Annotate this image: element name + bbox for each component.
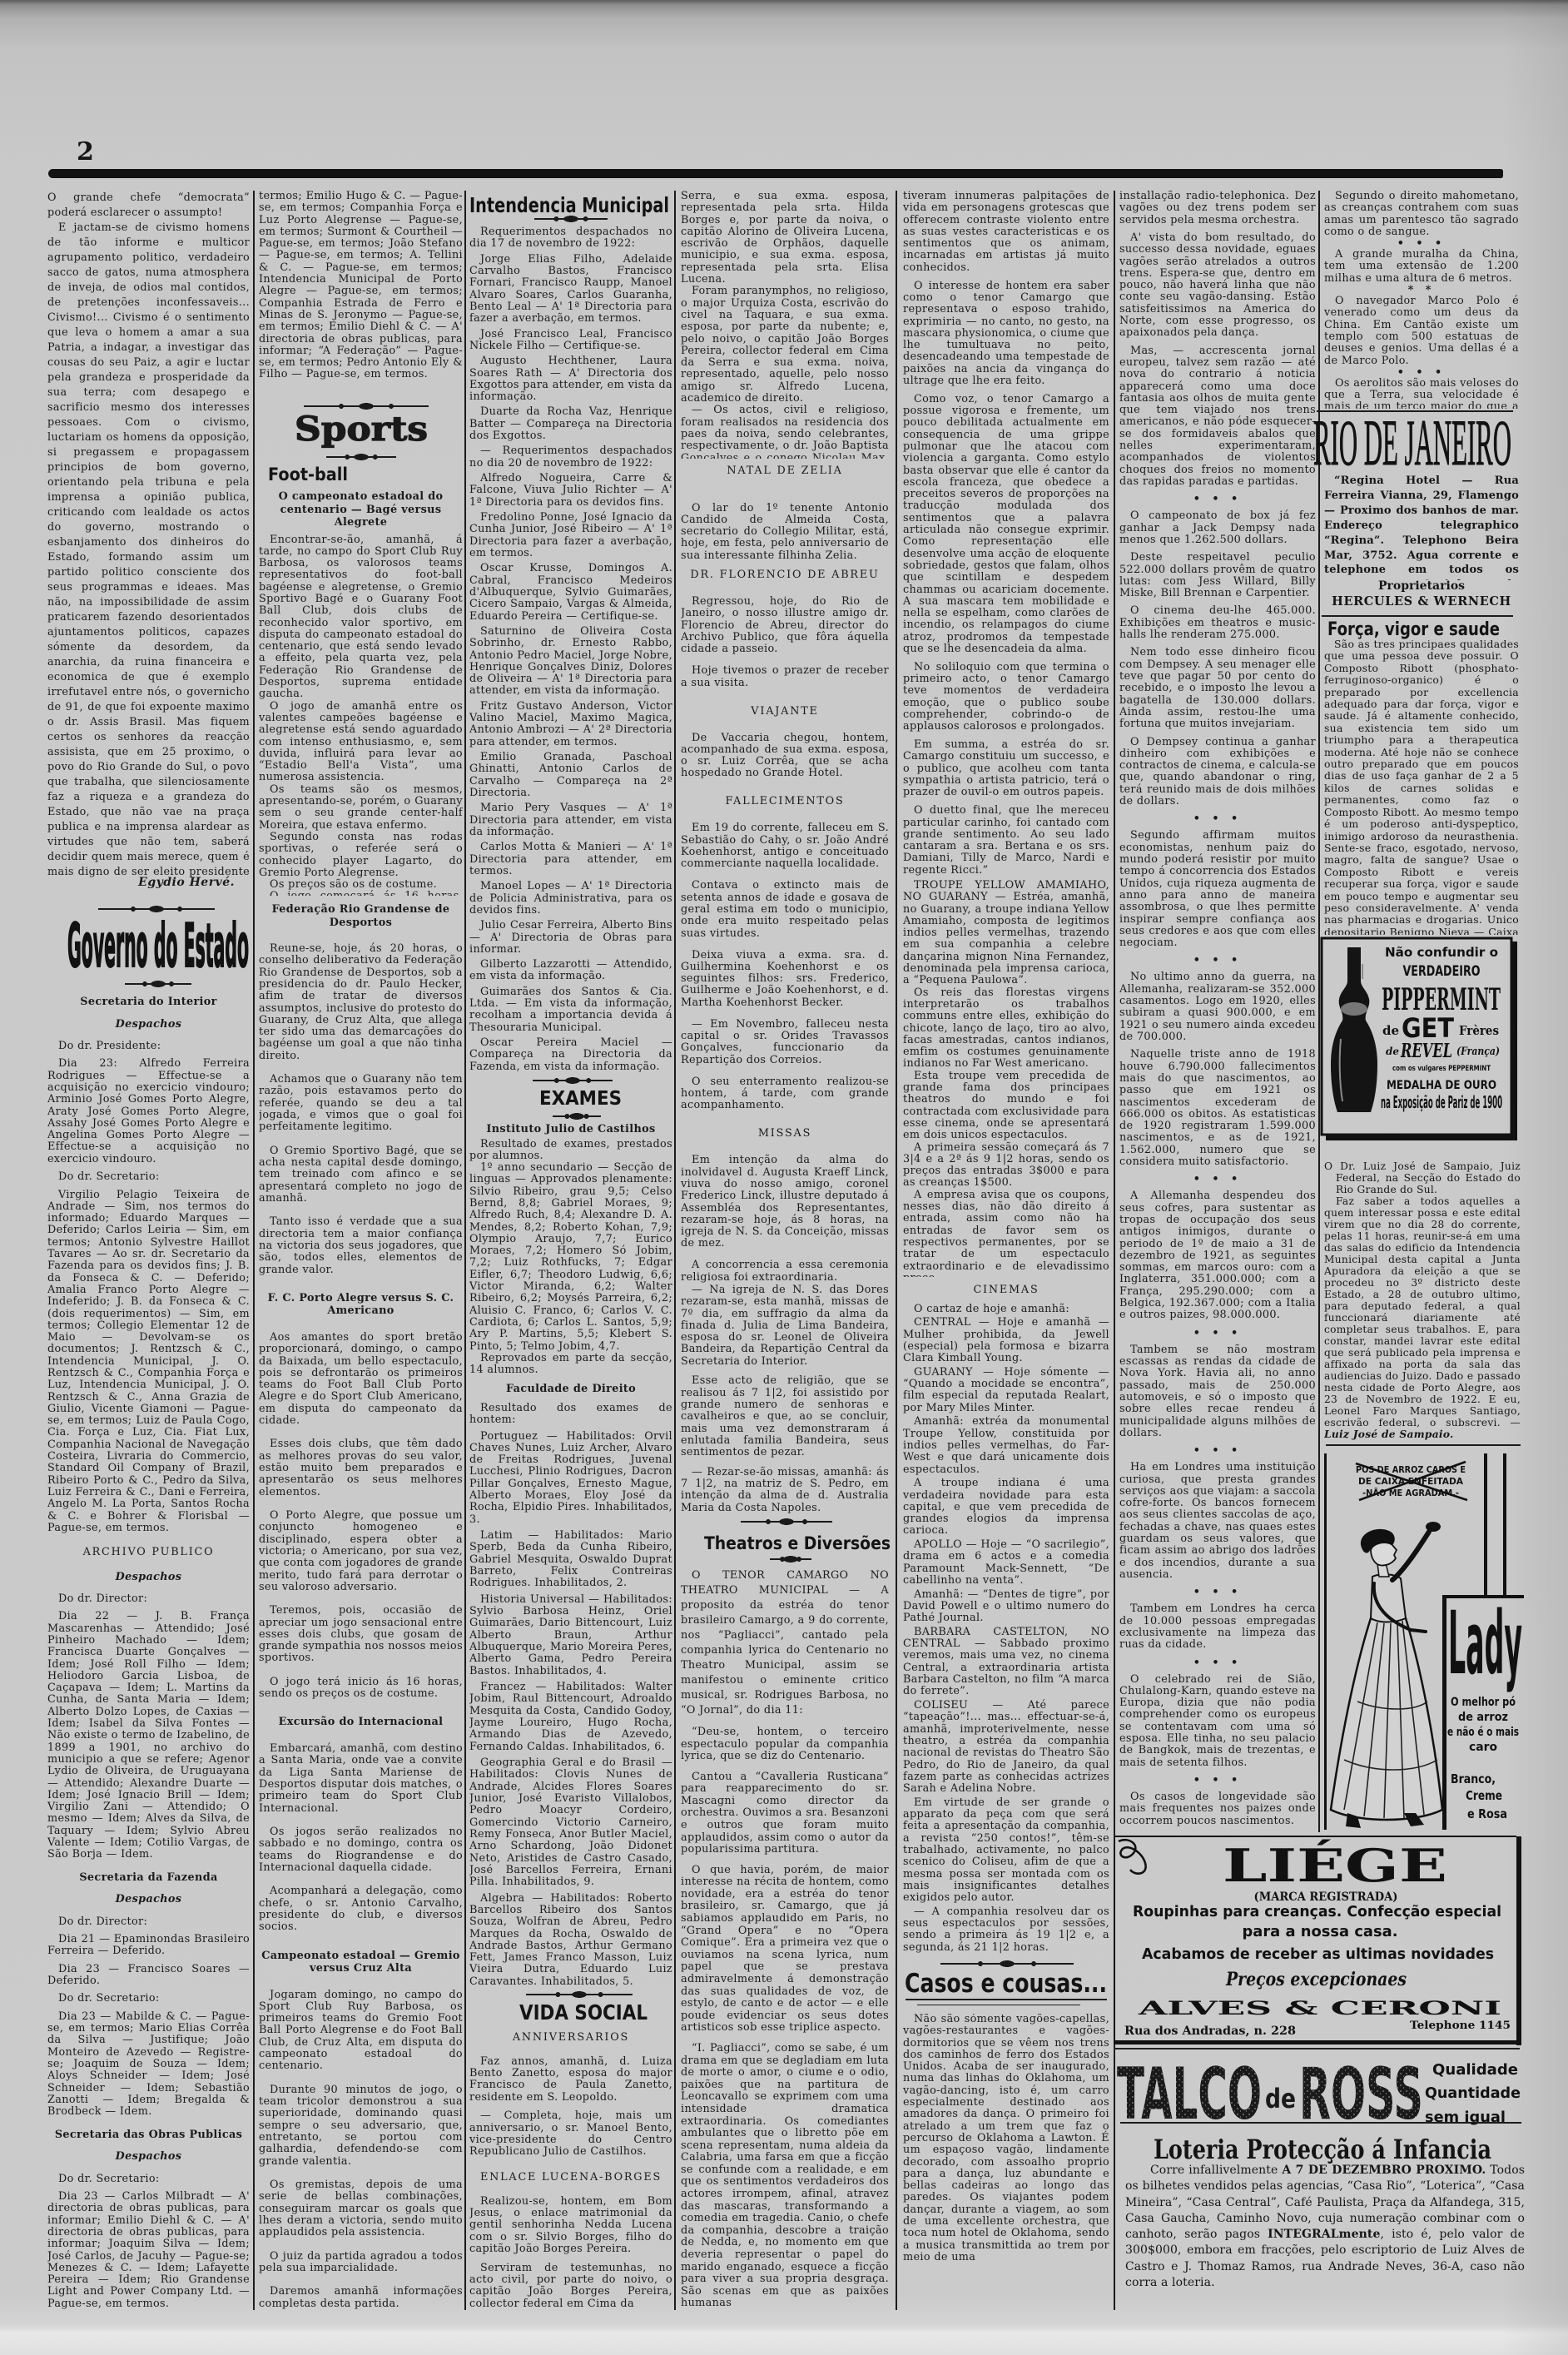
intendencia-municipal-heading: Intendencia Municipal [469, 194, 672, 216]
bottle-label [1341, 1002, 1367, 1016]
paragraph: Tambem se não mostram escassas as rendas… [1119, 1344, 1316, 1439]
paragraph: CENTRAL — Hoje e amanhã — Mulher prohibi… [903, 1317, 1109, 1364]
section-heading: Faculdade de Direito [469, 1383, 672, 1396]
ad-title: Força, vigor e saude [1327, 619, 1500, 640]
section-heading: ARCHIVO PUBLICO [47, 1547, 250, 1558]
paragraph: O grande chefe “democrata” poderá esclar… [47, 191, 250, 221]
paragraph: Regressou, hoje, do Rio de Janeiro, o no… [681, 596, 889, 655]
paragraph: Fredolino Ponne, José Ignacio da Cunha J… [469, 512, 672, 559]
column-rule [896, 191, 897, 2310]
article-headline: O campeonato estadoal do centenario — Ba… [259, 490, 463, 529]
ad-expo: na Exposição de Pariz de 1900 [1381, 1092, 1502, 1112]
bottle-icon [1331, 947, 1377, 1112]
paragraph: Do dr. Presidente: [47, 1041, 250, 1052]
curiosities-notes: Segundo o direito mahometano, as creança… [1324, 191, 1519, 409]
pippermint-ad: Não confundir o VERDADEIRO PIPPERMINT de… [1319, 937, 1521, 1145]
paragraph: O Dempsey continua a ganhar dinheiro com… [1119, 737, 1316, 808]
paragraph: Aos amantes do sport bretão proporcionar… [259, 1332, 463, 1427]
section-heading: Instituto Julio de Castilhos [469, 1123, 672, 1136]
talco-de-ross-ad: TALCO de ROSS Qualidade Quantidade sem i… [1114, 2054, 1523, 2124]
despachos-continuation: termos; Emilio Hugo & C. — Pague-se, em … [259, 191, 463, 391]
paragraph: No ultimo anno da guerra, na Allemanha, … [1119, 971, 1316, 1043]
paragraph: Julio Cesar Ferreira, Alberto Bins — A' … [469, 920, 672, 956]
paragraph: A primeira sessão começará ás 7 3|4 e a … [903, 1142, 1109, 1190]
governo-do-estado-heading: Governo do Estado [67, 918, 251, 971]
section-title: EXAMES [539, 1088, 622, 1110]
separator: • • • [1119, 814, 1316, 823]
paragraph: Manoel Lopes — A' 1ª Directoria de Polic… [469, 881, 672, 917]
section-heading: Federação Rio Grandense de Desportos [259, 903, 463, 929]
section-subheading: Despachos [47, 1894, 250, 1905]
paragraph: Dia 23 — Carlos Milbradt — A' directoria… [47, 2191, 250, 2310]
enlace-continuation: Serra, e sua exma. esposa, representada … [681, 191, 889, 459]
paragraph: A' vista do bom resultado, do successo d… [1119, 232, 1316, 340]
section-heading: MISSAS [681, 1128, 889, 1140]
section-title: VIDA SOCIAL [519, 2000, 648, 2025]
ad-left-rule [1324, 1453, 1327, 1830]
paragraph: Em 19 do corrente, falleceu em S. Sebast… [681, 822, 889, 870]
brand-word: de [1265, 2083, 1296, 2114]
paragraph: Faz annos, amanhã, d. Luiza Bento Zanett… [469, 2056, 672, 2104]
swirl-ornament-icon [1119, 1840, 1146, 1873]
exames-instituto: Instituto Julio de CastilhosResultado de… [469, 1119, 672, 1374]
town-name: REVEL [1400, 1040, 1452, 1062]
section-heading: ENLACE LUCENA-BORGES [469, 2172, 672, 2184]
separator: • • • [1119, 1658, 1316, 1667]
ad-word: Frères [1459, 1023, 1499, 1038]
vida-social-article: ANNIVERSARIOSFaz annos, amanhã, d. Luiza… [469, 2025, 672, 2310]
paragraph: Duarte da Rocha Vaz, Henrique Batter — C… [469, 406, 672, 442]
paragraph: Dia 23: Alfredo Ferreira Rodrigues — Eff… [47, 1058, 250, 1165]
theatros-article: O TENOR CAMARGO NO THEATRO MUNICIPAL — A… [681, 1568, 889, 2310]
trademark-note: (MARCA REGISTRADA) [1254, 1890, 1398, 1904]
paragraph: Do dr. Director: [47, 1916, 250, 1928]
troupe-yellow-article: TROUPE YELLOW AMAMIAHO, NO GUARANY — Est… [903, 880, 1109, 1277]
paragraph: Realizou-se, hontem, em Bom Jesus, o enl… [469, 2196, 672, 2255]
ad-title: Loteria Protecção á Infancia [1154, 2134, 1491, 2165]
heading-underline [917, 2005, 1080, 2005]
casos-e-cousas-heading: Casos e cousas... [904, 1968, 1110, 1998]
paragraph: — Os actos, civil e religioso, foram rea… [681, 405, 889, 459]
face [1371, 1543, 1397, 1565]
paragraph: Naquelle triste anno de 1918 houve 6.790… [1119, 1049, 1316, 1168]
loteria-heading: Loteria Protecção á Infancia [1152, 2132, 1495, 2164]
separator: • • • [1119, 956, 1316, 965]
ad-medal: MEDALHA DE OURO [1387, 1079, 1496, 1092]
ad-rule [1114, 2048, 1520, 2049]
ornament-divider [526, 1991, 633, 1998]
separator: • • • [1324, 239, 1519, 248]
ornament-divider [534, 216, 608, 222]
subsection-title: Foot-ball [268, 465, 348, 484]
section-subheading: Despachos [47, 1019, 250, 1031]
ornament-divider [770, 1556, 811, 1563]
paragraph: Ha em Londres uma instituição curiosa, q… [1119, 1462, 1316, 1581]
paragraph: Do dr. Secretario: [47, 1171, 250, 1183]
paragraph: Alfredo Nogueira, Carre & Falcone, Viuva… [469, 473, 672, 509]
section-heading: CINEMAS [903, 1284, 1109, 1296]
paragraph: Esses dois clubs, que têm dado as melhor… [259, 1438, 463, 1498]
vida-social-heading: VIDA SOCIAL [519, 2000, 650, 2023]
paragraph: Reune-se, hoje, ás 20 horas, o conselho … [259, 943, 463, 1062]
paragraph: E jactam-se de civismo homens de tão inf… [47, 221, 250, 880]
paragraph: COLISEU — Até parece “tapeação”!... mas.… [903, 1700, 1109, 1795]
decorative-bar [1503, 1453, 1506, 1597]
tagline-line: caro [1469, 1741, 1497, 1754]
hotel-ad-city-heading: RIO DE JANEIRO [1312, 418, 1514, 468]
paragraph: O Gremio Sportivo Bagé, que se acha nest… [259, 1145, 463, 1205]
ad-rule [1326, 1444, 1521, 1446]
paragraph: Os casos de longevidade são mais frequen… [1119, 1791, 1316, 1827]
paragraph: De Vaccaria chegou, hontem, acompanhado … [681, 733, 889, 780]
ad-border [1114, 1836, 1115, 2044]
paragraph: Mario Pery Vasques — A' 1ª Directoria pa… [469, 802, 672, 838]
paragraph: Geographia Geral e do Brasil — Habilitad… [469, 1757, 672, 1888]
ornament-divider [741, 1518, 832, 1525]
paragraph: — Completa, hoje, mais um anniversario, … [469, 2110, 672, 2158]
paragraph: Durante 90 minutos de jogo, o team trico… [259, 2084, 463, 2168]
paragraph: TROUPE YELLOW AMAMIAHO, NO GUARANY — Est… [903, 880, 1109, 987]
paragraph: O duetto final, que lhe mereceu particul… [903, 805, 1109, 877]
paragraph: O jogo de amanhã entre os valentes campe… [259, 701, 463, 784]
paragraph: “Deu-se, hontem, o terceiro espectaculo … [681, 1727, 889, 1763]
raised-arm [1392, 1532, 1429, 1580]
separator: • • • [1119, 1587, 1316, 1597]
hotel-ad-owners: HERCULES & WERNECH [1324, 594, 1519, 609]
ad-line: VERDADEIRO [1403, 963, 1481, 980]
ad-note: com os vulgares PEPPERMINT [1392, 1065, 1491, 1073]
paragraph: A grande muralha da China, tem uma exten… [1324, 249, 1519, 285]
paragraph: A Allemanha despendeu dos seus cofres, p… [1119, 1190, 1316, 1321]
paragraph: Cantou a “Cavalleria Rusticana” para rea… [681, 1771, 889, 1856]
paragraph: Tanto isso é verdade que a sua directori… [259, 1216, 463, 1275]
paragraph: Mas, — accrescenta jornal europeu, talve… [1119, 345, 1316, 489]
paragraph: installação radio-telephonica. Dez vagõe… [1119, 191, 1316, 226]
paragraph: Dia 23 — Mabilde & C. — Pague-se, em ter… [47, 2011, 250, 2119]
separator: • • • [1324, 368, 1519, 377]
page-number: 2 [77, 138, 94, 166]
ad-phone: Telephone 1145 [1410, 2020, 1511, 2032]
section-title: Sports [295, 410, 428, 449]
section-heading: Secretaria do Interior [47, 996, 250, 1009]
paragraph: — Requerimentos despachados no dia 20 de… [469, 445, 672, 470]
paragraph: No soliloquio com que termina o primeiro… [903, 662, 1109, 733]
paragraph: Resultado de exames, prestados por alumn… [469, 1139, 672, 1163]
ad-address: Rua dos Andradas, n. 228 [1124, 2025, 1296, 2038]
editorial-signature: Egydio Hervé. [47, 876, 250, 889]
separator: • • • [1119, 1776, 1316, 1785]
paragraph: Achamos que o Guarany não tem razão, poi… [259, 1074, 463, 1133]
social-notes: DR. FLORENCIO DE ABREURegressou, hoje, d… [681, 563, 889, 1284]
paragraph: Latim — Habilitados: Mario Sperb, Beda d… [469, 1530, 672, 1589]
ad-rule [1120, 2122, 1521, 2124]
paragraph: Augusto Hechthener, Laura Soares Rath — … [469, 355, 672, 403]
paragraph: Francez — Habilitados: Walter Jobim, Rau… [469, 1682, 672, 1753]
paragraph: Os reis das florestas virgens interpreta… [903, 987, 1109, 1071]
paragraph: Jogaram domingo, no campo do Sport Club … [259, 1990, 463, 2073]
ornament-divider [304, 403, 429, 410]
paragraph: Gilberto Lazzarotti — Attendido, em vist… [469, 959, 672, 983]
ad-border-shadow [1511, 942, 1517, 1140]
paragraph: Fritz Gustavo Anderson, Victor Valino Ma… [469, 701, 672, 748]
paragraph: Serra, e sua exma. esposa, representada … [681, 191, 889, 286]
paragraph: O cartaz de hoje e amanhã: [903, 1304, 1109, 1315]
ad-text: Corre infallivelmente [1150, 2164, 1282, 2177]
section-heading: NATAL DE ZELIA [681, 465, 889, 477]
ad-claim: Quantidade [1425, 2084, 1521, 2102]
paragraph: Amanhã: extréa da monumental Troupe Yell… [903, 1416, 1109, 1475]
paragraph: Encontrar-se-ão, amanhã, á tarde, no cam… [259, 534, 463, 701]
section-title: Intendencia Municipal [469, 193, 669, 217]
paragraph: Do dr. Director: [47, 1593, 250, 1605]
hotel-ad-text: “Regina Hotel — Rua Ferreira Vianna, 29,… [1324, 474, 1519, 580]
paragraph: termos; Emilio Hugo & C. — Pague-se, em … [259, 191, 463, 381]
editorial-article: O grande chefe “democrata” poderá esclar… [47, 191, 250, 880]
paragraph: O TENOR CAMARGO NO THEATRO MUNICIPAL — A… [681, 1568, 889, 1718]
paragraph: 1º anno secundario — Secção de linguas —… [469, 1162, 672, 1353]
paragraph: Daremos amanhã informações completas des… [259, 2286, 463, 2310]
paragraph: Nem todo esse dinheiro ficou com Dempsey… [1119, 647, 1316, 730]
column-rule [464, 191, 466, 2310]
brand-name: Lady [1448, 1592, 1522, 1694]
decorative-bar [1484, 1453, 1487, 1597]
paragraph: Requerimentos despachados no dia 17 de n… [469, 226, 672, 251]
ad-line: Roupinhas para creanças. Confecção espec… [1133, 1903, 1501, 1920]
ad-border [1516, 1836, 1521, 2045]
tagline-line: e não é o mais [1447, 1726, 1519, 1739]
paragraph: Os teams são os mesmos, apresentando-se,… [259, 784, 463, 832]
draw-date: A 7 DE DEZEMBRO PROXIMO. [1282, 2164, 1486, 2177]
paragraph: Algebra — Habilitados: Roberto Barcellos… [469, 1893, 672, 1988]
separator: • • • [1119, 494, 1316, 504]
paragraph: Do dr. Secretario: [47, 2174, 250, 2185]
ornament-divider [940, 1960, 1074, 1967]
sports-news: Federação Rio Grandense de DesportosReun… [259, 899, 463, 2310]
woman-illustration [1331, 1522, 1442, 1828]
paragraph: Amanhã: — “Dentes de tigre”, por David P… [903, 1589, 1109, 1625]
separator: • • • [1119, 1175, 1316, 1184]
lady-powder-ad: POS DE ARROZ CAROS E DE CAIXA ENFEITADA … [1324, 1452, 1524, 1831]
section-heading: Excursão do Internacional [259, 1716, 463, 1729]
paragraph: Segundo o direito mahometano, as creança… [1324, 191, 1519, 238]
paragraph: Esta troupe vem precedida de grande fama… [903, 1071, 1109, 1142]
section-title: Casos e cousas... [905, 1969, 1107, 1999]
paragraph: O interesse de hontem era saber como o t… [903, 281, 1109, 388]
paragraph: A concorrencia a essa ceremonia religios… [681, 1259, 889, 1284]
critica-camargo: tiveram innumeras palpitações de vida em… [903, 191, 1109, 877]
section-heading: FALLECIMENTOS [681, 796, 889, 807]
casos-e-cousas-article: Não são sómente vagões-capellas, vagões-… [903, 2014, 1109, 2310]
paragraph: — A companhia resolveu dar os seus espec… [903, 1906, 1109, 1954]
paragraph: Jorge Elias Filho, Adelaide Carvalho Bas… [469, 254, 672, 325]
paragraph: Portuguez — Habilitados: Orvil Chaves Nu… [469, 1431, 672, 1526]
paragraph: O navegador Marco Polo é venerado como u… [1324, 296, 1519, 367]
paragraph: APOLLO — Hoje — “O sacrilegio”, drama em… [903, 1539, 1109, 1587]
paragraph: O celebrado rei de Sião, Chulalong-Karn,… [1119, 1674, 1316, 1769]
brand-word: TALCO [1117, 2053, 1262, 2136]
brand-word: ROSS [1299, 2053, 1423, 2136]
ad-title: RIO DE JANEIRO [1313, 406, 1511, 479]
edital-juiz-federal: O Dr. Luiz José de Sampaio, Juiz Federal… [1324, 1160, 1521, 1442]
ad-line: Não confundir o [1385, 945, 1498, 960]
section-heading: Secretaria das Obras Publicas [47, 2129, 250, 2142]
paragraph: O juiz da partida agradou a todos pela s… [259, 2251, 463, 2275]
tagline-line: de arroz [1458, 1711, 1508, 1724]
paragraph: Teremos, pois, occasião de apreciar um j… [259, 1605, 463, 1664]
edital-body: Faz saber a todos aquelles a quem intere… [1324, 1195, 1521, 1440]
section-heading: VIAJANTE [681, 706, 889, 718]
paragraph: — Rezar-se-ão missas, amanhã: ás 7 1|2, … [681, 1467, 889, 1514]
natal-de-zelia: NATAL DE ZELIAO lar do 1º tenente Antoni… [681, 459, 889, 562]
section-title: Governo do Estado [67, 911, 249, 981]
brand-name: LIÉGE [1223, 1839, 1447, 1892]
paragraph: Em virtude de ser grande o apparato da p… [903, 1797, 1109, 1905]
football-subheading: Foot-ball [267, 464, 350, 484]
ad-line: Acabamos de receber as ultimas novidades [1142, 1945, 1494, 1963]
section-title: Theatros e Diversões [704, 1533, 891, 1553]
paragraph: — Em Novembro, falleceu nesta capital o … [681, 1019, 889, 1066]
shade-option: Branco, [1451, 1771, 1496, 1786]
miscellany-column: installação radio-telephonica. Dez vagõe… [1119, 191, 1316, 1827]
ad-emphasis: INTEGRALmente [1268, 2228, 1380, 2241]
ad-rule [1322, 615, 1513, 617]
paragraph: Carlos Motta & Manieri — A' 1ª Directori… [469, 842, 672, 877]
paragraph: Virgilio Pelagio Teixeira de Andrade — S… [47, 1190, 250, 1535]
paragraph: Deixa viuva a exma. sra. d. Guilhermina … [681, 950, 889, 1009]
shade-option: e Rosa [1467, 1806, 1507, 1821]
paragraph: Esse acto de religião, que se realisou á… [681, 1375, 889, 1458]
paragraph: Serviram de testemunhas, no acto civil, … [469, 2263, 672, 2310]
paragraph: Reprovados em parte da secção, 14 alumno… [469, 1353, 672, 1374]
paragraph: Dia 23 — Francisco Soares — Deferido. [47, 1964, 250, 1988]
paragraph: Os gremistas, depois de uma serie de bel… [259, 2179, 463, 2238]
paragraph: GUARANY — Hoje sómente — “Quando a mocid… [903, 1367, 1109, 1414]
paragraph: Guimarães dos Santos & Cia. Ltda. — Em v… [469, 986, 672, 1034]
separator: * * [1324, 286, 1519, 295]
theatros-heading: Theatros e Diversões [703, 1532, 893, 1553]
paragraph: Foram paranymphos, no religioso, o major… [681, 286, 889, 405]
ornament-divider [125, 981, 191, 987]
paragraph: O cinema deu-lhe 465.000. Exhibições em … [1119, 605, 1316, 641]
paragraph: Dia 21 — Epaminondas Brasileiro Ferreira… [47, 1934, 250, 1958]
ad-line: para a nossa casa. [1243, 1923, 1398, 1940]
paragraph: BARBARA CASTELTON, NO CENTRAL — Sabbado … [903, 1627, 1109, 1698]
paragraph: Contava o extincto mais de setenta annos… [681, 880, 889, 939]
edital-signature: Luiz José de Sampaio. [1324, 1428, 1454, 1440]
paragraph: Não são sómente vagões-capellas, vagões-… [903, 2014, 1109, 2263]
paragraph: Em summa, a estréa do sr. Camargo consti… [903, 739, 1109, 798]
paragraph: Historia Universal — Habilitados: Sylvio… [469, 1594, 672, 1677]
paragraph: Os aerolitos são mais veloses do que a T… [1324, 378, 1519, 409]
paragraph: Resultado dos exames de hontem: [469, 1403, 672, 1427]
paragraph: “I. Pagliacci”, como se sabe, é um drama… [681, 2043, 889, 2310]
paragraph: — Na igreja de N. S. das Dores rezaram-s… [681, 1284, 889, 1368]
paragraph: Dia 22 — J. B. França Mascarenhas — Atte… [47, 1611, 250, 1861]
paragraph: José Francisco Leal, Francisco Nickele F… [469, 329, 672, 353]
ad-word: de [1386, 1046, 1399, 1057]
ad-word: (França) [1456, 1046, 1500, 1058]
paragraph: tiveram innumeras palpitações de vida em… [903, 191, 1109, 274]
ornament-divider [533, 1077, 613, 1084]
paragraph: O Porto Alegre, que possue um conjuncto … [259, 1510, 463, 1593]
ornament-divider [326, 454, 396, 460]
paragraph: O campeonato de box já fez ganhar a Jack… [1119, 510, 1316, 546]
section-subheading: Despachos [47, 1572, 250, 1583]
powder-puff-icon [1426, 1522, 1441, 1532]
paragraph: Hoje tivemos o prazer de receber a sua v… [681, 665, 889, 689]
liege-ad: LIÉGE (MARCA REGISTRADA) Roupinhas para … [1112, 1835, 1523, 2053]
column-rule [253, 191, 255, 2310]
paragraph: Segundo consta nas rodas sportivas, o re… [259, 832, 463, 879]
section-subheading: Despachos [47, 2151, 250, 2163]
paragraph: Em intenção da alma do inolvidavel d. Au… [681, 1155, 889, 1250]
paragraph: O jogo começará ás 16 horas, precisament… [259, 891, 463, 896]
paragraph: A empresa avisa que os coupons, nesses d… [903, 1190, 1109, 1277]
paragraph: O seu enterramento realizou-se hontem, á… [681, 1076, 889, 1112]
exames-faculdade-direito: Faculdade de DireitoResultado dos exames… [469, 1379, 672, 1988]
edital-heading: O Dr. Luiz José de Sampaio, Juiz Federal… [1324, 1160, 1521, 1195]
ribott-ad-heading: Força, vigor e saude [1327, 619, 1503, 638]
paragraph: A troupe indiana é uma verdadeira novida… [903, 1478, 1109, 1537]
paragraph: Deste respeitavel peculio 522.000 dollar… [1119, 552, 1316, 599]
section-heading: Secretaria da Fazenda [47, 1871, 250, 1885]
paragraph: Os preços são os de costume. [259, 879, 463, 891]
paragraph: Oscar Krusse, Domingos A. Cabral, Franci… [469, 563, 672, 622]
firm-name: ALVES & CERONI [1137, 1998, 1501, 2020]
edital-text: Faz saber a todos aquelles a quem intere… [1324, 1195, 1521, 1428]
paragraph: Acompanhará a delegação, como chefe, o s… [259, 1885, 463, 1933]
loteria-ad-text: Corre infallivelmente A 7 DE DEZEMBRO PR… [1125, 2163, 1525, 2298]
brand-box-border [1442, 1595, 1446, 1830]
section-heading: Campeonato estadoal — Gremio versus Cruz… [259, 1950, 463, 1975]
ad-border-shadow [1326, 1135, 1517, 1140]
tagline-line: O melhor pó [1451, 1696, 1516, 1709]
shade-option: Creme [1466, 1788, 1502, 1803]
separator: • • • [1119, 1329, 1316, 1338]
exames-heading: EXAMES [538, 1086, 623, 1108]
paragraph: Oscar Pereira Maciel — Compareça na Dire… [469, 1037, 672, 1073]
paragraph: O lar do 1º tenente Antonio Candido de A… [681, 503, 889, 562]
header-rule [48, 169, 1503, 178]
ad-border [1114, 1836, 1516, 1837]
paragraph: Segundo affirmam muitos economistas, nen… [1119, 830, 1316, 949]
missas-notes: — Na igreja de N. S. das Dores rezaram-s… [681, 1284, 889, 1514]
paragraph: O que havia, porém, de maior interesse n… [681, 1865, 889, 2035]
ribott-ad-text: São as tres principaes qualidades que um… [1324, 638, 1519, 935]
section-heading: F. C. Porto Alegre versus S. C. American… [259, 1292, 463, 1318]
ad-claim: Qualidade [1432, 2061, 1518, 2079]
ad-line: Preços excepcionaes [1225, 1969, 1407, 1990]
cinemas-listings: CINEMASO cartaz de hoje e amanhã:CENTRAL… [903, 1278, 1109, 1954]
paragraph: Emilio Granada, Paschoal Ghinatti, Anton… [469, 752, 672, 799]
paragraph: Tambem em Londres ha cerca de 10.000 pes… [1119, 1603, 1316, 1651]
paragraph: Os jogos serão realizados no sabbado e n… [259, 1826, 463, 1874]
paragraph: Como voz, o tenor Camargo a possue vigor… [903, 394, 1109, 656]
section-heading: ANNIVERSARIOS [469, 2032, 672, 2044]
hotel-ad-owners-label: Proprietarios [1324, 579, 1519, 593]
ad-word: de [1382, 1023, 1399, 1038]
ad-border [1114, 2040, 1521, 2044]
sports-heading: Sports [293, 411, 431, 446]
column-rule [674, 191, 676, 2310]
football-article: O campeonato estadoal do centenario — Ba… [259, 490, 463, 896]
intendencia-requerimentos: Requerimentos despachados no dia 17 de n… [469, 226, 672, 1073]
separator: • • • [1119, 1446, 1316, 1455]
bottle-illustration [1331, 947, 1377, 1112]
section-heading: DR. FLORENCIO DE ABREU [681, 569, 889, 581]
governo-despachos: Secretaria do InteriorDespachosDo dr. Pr… [47, 991, 250, 2310]
paragraph: O jogo terá inicio ás 16 horas, sendo os… [259, 1677, 463, 1701]
